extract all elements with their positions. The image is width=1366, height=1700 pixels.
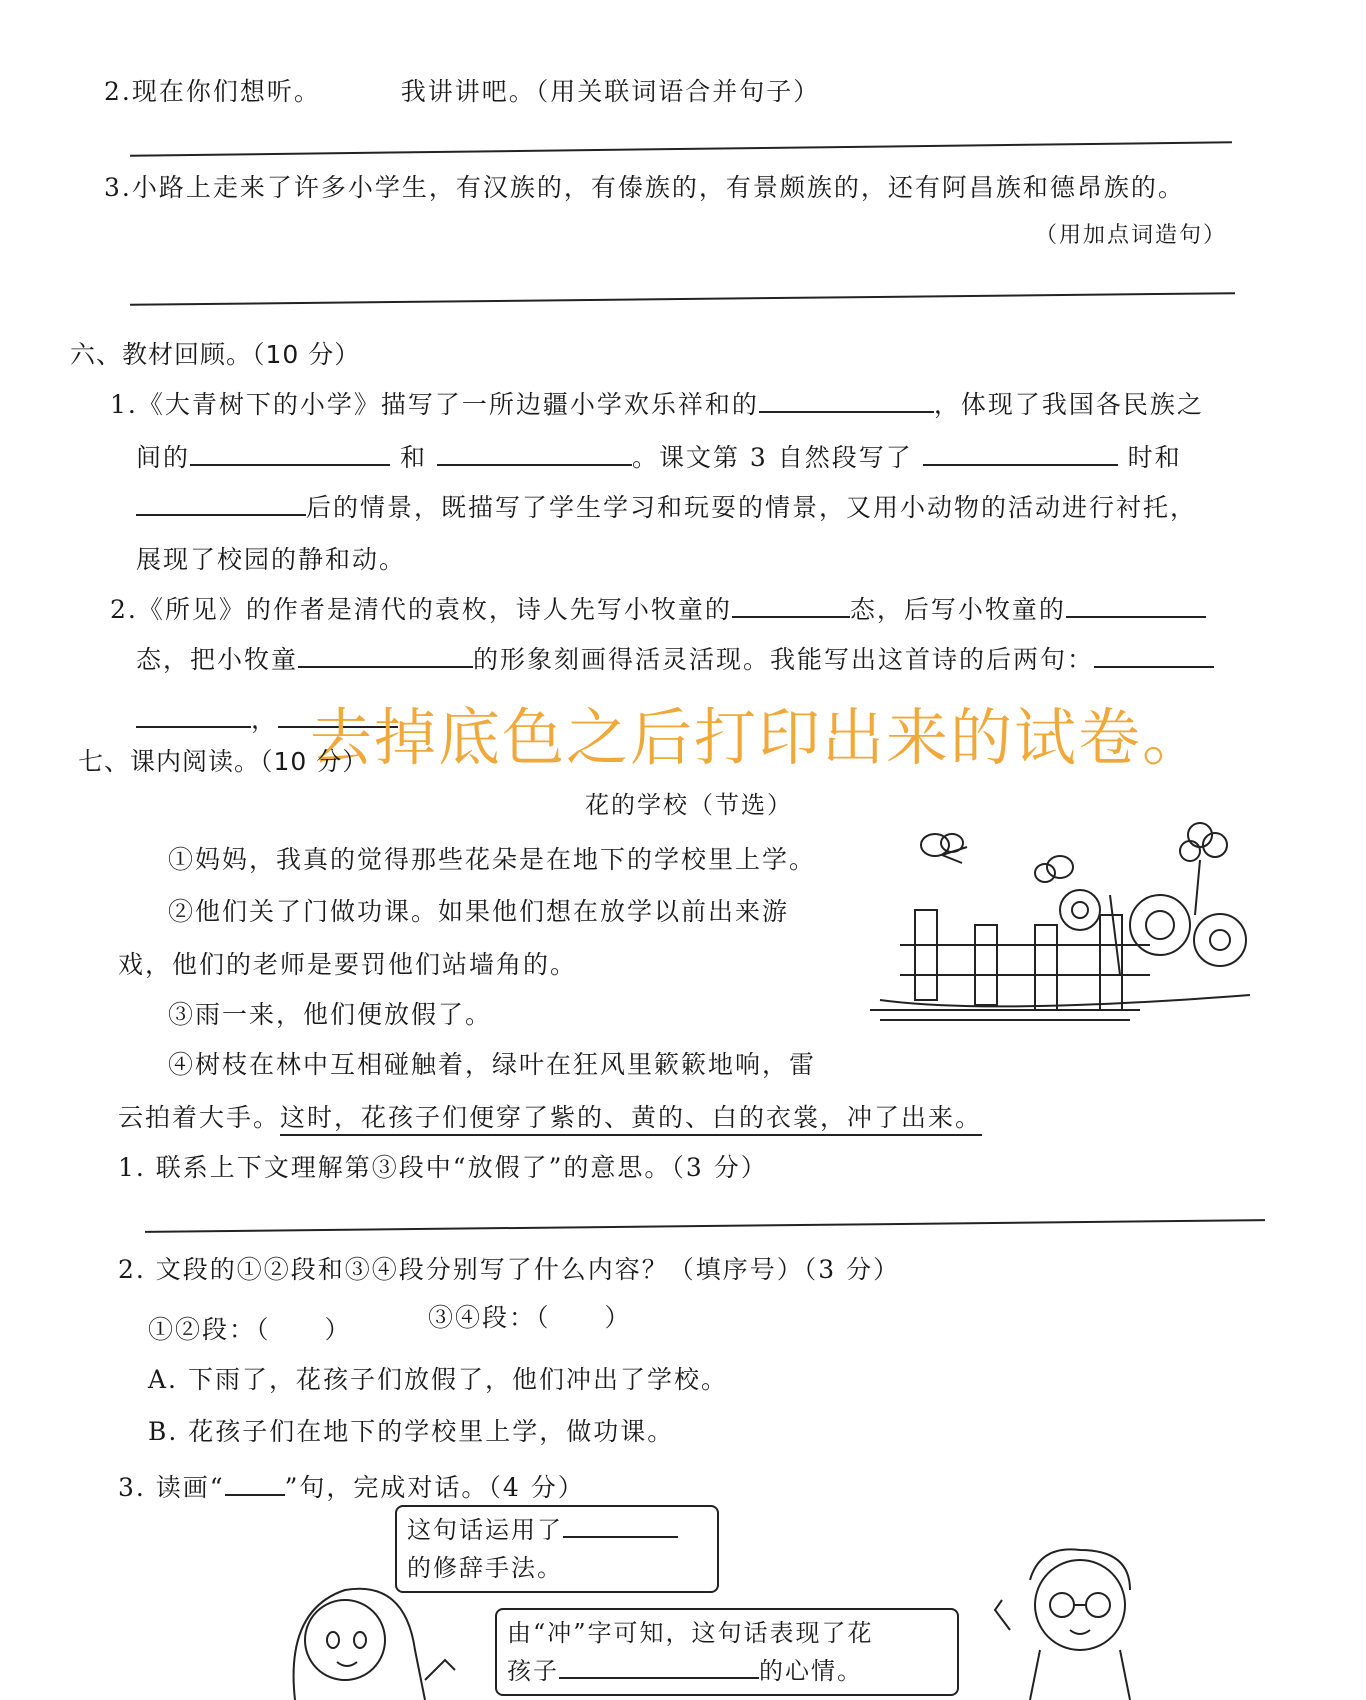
option-a: A. 下雨了，花孩子们放假了，他们冲出了学校。	[148, 1360, 728, 1396]
speech-bubble-boy: 由“冲”字可知，这句话表现了花 孩子的心情。	[495, 1608, 959, 1696]
question-text: 我讲讲吧。（用关联词语合并句子）	[401, 77, 821, 106]
overlay-caption: 去掉底色之后打印出来的试卷。	[310, 688, 1206, 777]
paragraph-text: 云拍着大手。	[118, 1103, 280, 1132]
fill-blank[interactable]	[732, 591, 850, 618]
fill-blank[interactable]	[759, 386, 934, 413]
question-text: 间的	[136, 443, 190, 472]
separator: ，	[251, 705, 278, 734]
q6-2-line1: 2.《所见》的作者是清代的袁枚，诗人先写小牧童的态，后写小牧童的	[110, 590, 1206, 626]
fill-blank[interactable]	[563, 1512, 678, 1538]
q6-1-line4: 展现了校园的静和动。	[136, 540, 406, 576]
question-number: 2.	[104, 77, 132, 106]
girl-cartoon-illustration	[275, 1570, 475, 1700]
fill-blank[interactable]	[437, 439, 632, 466]
question-text: ，体现了我国各民族之	[934, 390, 1204, 419]
paragraph-2: ②他们关了门做功课。如果他们想在放学以前出来游	[168, 892, 789, 928]
bubble-text: 这句话运用了	[407, 1516, 563, 1544]
fill-blank[interactable]	[559, 1653, 759, 1679]
fill-blank[interactable]	[136, 701, 251, 728]
paragraph-4-cont: 云拍着大手。这时，花孩子们便穿了紫的、黄的、白的衣裳，冲了出来。	[118, 1098, 982, 1134]
paragraph-1: ①妈妈，我真的觉得那些花朵是在地下的学校里上学。	[168, 840, 816, 876]
paragraph-4: ④树枝在林中互相碰触着，绿叶在狂风里簌簌地响，雷	[168, 1045, 816, 1081]
fill-blank[interactable]	[225, 1469, 285, 1496]
fill-blank[interactable]	[1066, 591, 1206, 618]
fill-blank[interactable]	[923, 439, 1118, 466]
question-text: 现在你们想听。	[132, 77, 321, 106]
q6-1-line2: 间的 和 。课文第 3 自然段写了 时和	[136, 438, 1182, 474]
q7-2-answer-b[interactable]: ③④段：（ ）	[428, 1298, 632, 1334]
fill-blank[interactable]	[190, 439, 390, 466]
q5-2-line: 2.现在你们想听。 我讲讲吧。（用关联词语合并句子）	[104, 72, 820, 108]
q6-1-line1: 1.《大青树下的小学》描写了一所边疆小学欢乐祥和的，体现了我国各民族之	[110, 385, 1204, 421]
passage-title: 花的学校（节选）	[585, 785, 793, 820]
section-heading-6: 六、教材回顾。（10 分）	[70, 335, 360, 371]
boy-cartoon-illustration	[990, 1540, 1170, 1700]
answer-line[interactable]	[130, 141, 1232, 156]
question-text: 小路上走来了许多小学生，有汉族的，有傣族的，有景颇族的，还有阿昌族和德昂族的。	[132, 173, 1185, 202]
question-text: 时和	[1128, 443, 1182, 472]
question-number: 3.	[104, 173, 132, 202]
paragraph-2-cont: 戏，他们的老师是要罚他们站墙角的。	[118, 945, 577, 981]
question-text: 。课文第 3 自然段写了	[632, 443, 913, 472]
q7-3: 3. 读画“”句，完成对话。（4 分）	[118, 1468, 585, 1504]
question-text: 3. 读画“	[118, 1473, 225, 1502]
question-text: 态，后写小牧童的	[850, 595, 1066, 624]
question-text: 态，把小牧童	[136, 645, 298, 674]
answer-line[interactable]	[130, 292, 1235, 306]
hint-text: （用加点词造句）	[1035, 218, 1227, 249]
fill-blank[interactable]	[298, 641, 473, 668]
q7-2-answer-a[interactable]: ①②段：（ ）	[148, 1310, 352, 1346]
bubble-text: 由“冲”字可知，这句话表现了花	[507, 1614, 947, 1652]
bubble-text: 的心情。	[759, 1657, 863, 1685]
fill-blank[interactable]	[136, 489, 306, 516]
section-heading-7: 七、课内阅读。（10 分）	[78, 742, 368, 778]
q6-1-line3: 后的情景，既描写了学生学习和玩耍的情景，又用小动物的活动进行衬托，	[136, 488, 1197, 524]
paragraph-3: ③雨一来，他们便放假了。	[168, 995, 492, 1031]
question-text: 1.《大青树下的小学》描写了一所边疆小学欢乐祥和的	[110, 390, 759, 419]
answer-line[interactable]	[145, 1219, 1265, 1233]
option-b: B. 花孩子们在地下的学校里上学，做功课。	[148, 1412, 674, 1448]
question-text: 2.《所见》的作者是清代的袁枚，诗人先写小牧童的	[110, 595, 732, 624]
fill-blank[interactable]	[1094, 641, 1214, 668]
question-text: 后的情景，既描写了学生学习和玩耍的情景，又用小动物的活动进行衬托，	[306, 493, 1197, 522]
question-text: 和	[400, 443, 427, 472]
flower-garden-illustration	[870, 815, 1260, 1045]
q6-2-line2: 态，把小牧童的形象刻画得活灵活现。我能写出这首诗的后两句：	[136, 640, 1214, 676]
underlined-sentence: 这时，花孩子们便穿了紫的、黄的、白的衣裳，冲了出来。	[280, 1103, 982, 1136]
bubble-text: 孩子	[507, 1657, 559, 1685]
q5-3-line: 3.小路上走来了许多小学生，有汉族的，有傣族的，有景颇族的，还有阿昌族和德昂族的…	[104, 168, 1185, 204]
question-text: ”句，完成对话。（4 分）	[285, 1473, 585, 1502]
q7-2: 2. 文段的①②段和③④段分别写了什么内容？（填序号）（3 分）	[118, 1250, 900, 1286]
question-text: 的形象刻画得活灵活现。我能写出这首诗的后两句：	[473, 645, 1094, 674]
q7-1: 1. 联系上下文理解第③段中“放假了”的意思。（3 分）	[118, 1148, 768, 1184]
